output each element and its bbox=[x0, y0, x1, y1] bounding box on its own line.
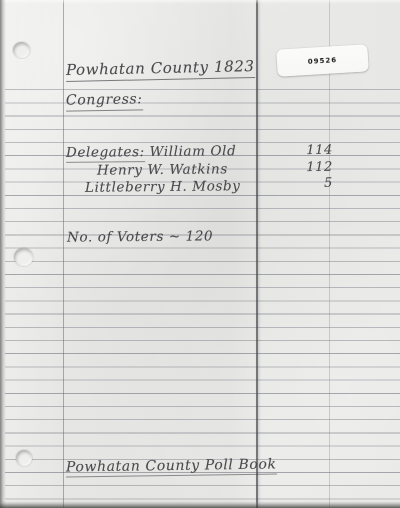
delegates-label: Delegates: bbox=[66, 144, 145, 163]
candidate-row: Delegates: William Old bbox=[66, 143, 236, 161]
page-left-edge bbox=[0, 0, 6, 508]
candidate-row: Littleberry H. Mosby bbox=[85, 178, 241, 196]
page-bottom-edge bbox=[0, 501, 400, 508]
margin-rule-line bbox=[63, 0, 64, 508]
archive-label-sticker: 09526 bbox=[276, 44, 368, 77]
right-column-rule bbox=[329, 0, 330, 508]
binder-hole-middle bbox=[14, 248, 33, 266]
footer-title: Powhatan County Poll Book bbox=[66, 457, 277, 478]
page-title: Powhatan County 1823 bbox=[66, 57, 255, 82]
vote-count: 112 bbox=[295, 160, 333, 176]
candidate-name: Henry W. Watkins bbox=[97, 161, 228, 178]
vote-count: 5 bbox=[295, 176, 333, 192]
binder-hole-top bbox=[13, 42, 30, 58]
scanned-ledger-page: 09526 Powhatan County 1823 Congress: Del… bbox=[0, 0, 400, 508]
candidate-row: Henry W. Watkins bbox=[97, 161, 228, 178]
center-column-rule bbox=[256, 0, 258, 508]
ruled-lines bbox=[5, 77, 400, 508]
vote-count: 114 bbox=[295, 143, 333, 159]
archive-label-number: 09526 bbox=[308, 56, 338, 66]
candidate-name: William Old bbox=[150, 143, 237, 160]
candidate-name: Littleberry H. Mosby bbox=[85, 178, 241, 196]
page-top-edge bbox=[0, 0, 400, 4]
voters-total-note: No. of Voters ~ 120 bbox=[67, 228, 213, 245]
binder-hole-bottom bbox=[16, 450, 32, 466]
section-heading: Congress: bbox=[66, 91, 143, 111]
